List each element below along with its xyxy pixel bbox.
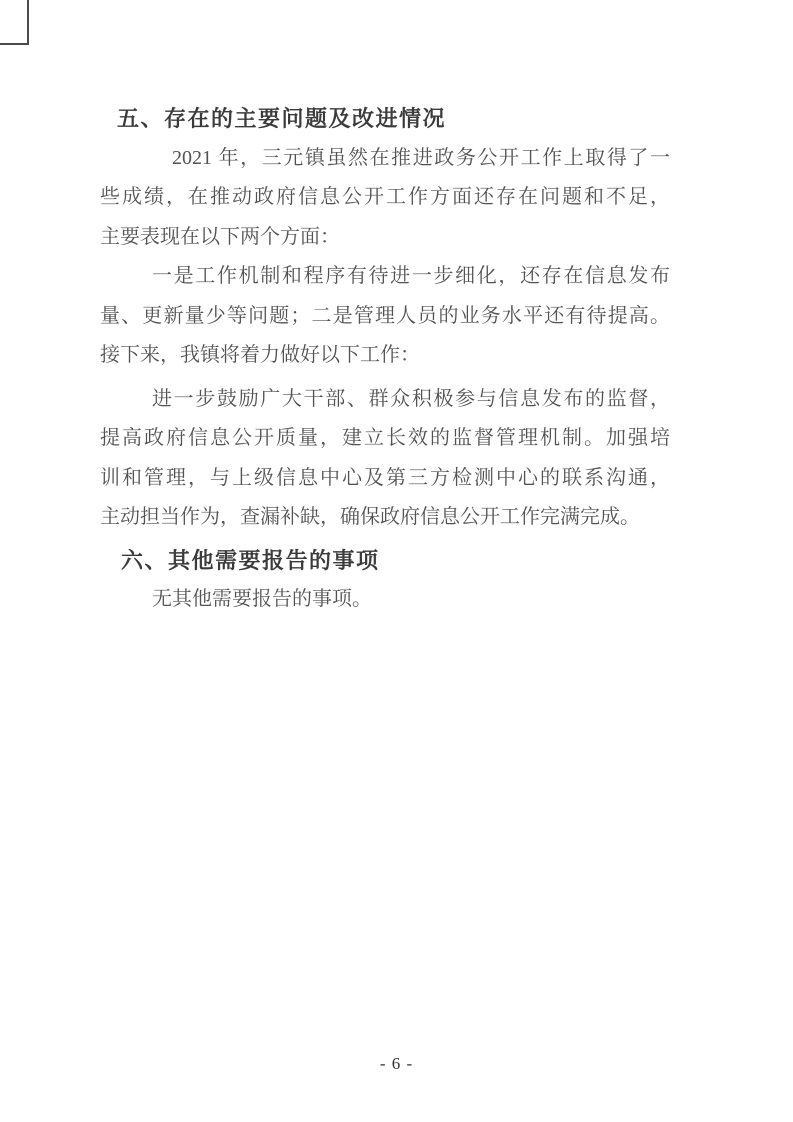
text-line: 提高政府信息公开质量，建立长效的监督管理机制。加强培 <box>100 419 670 459</box>
text-line: 一是工作机制和程序有待进一步细化，还存在信息发布 <box>100 257 670 297</box>
text-line: 进一步鼓励广大干部、群众积极参与信息发布的监督， <box>100 380 670 420</box>
text-line: 接下来，我镇将着力做好以下工作： <box>100 336 670 376</box>
document-body: 五、存在的主要问题及改进情况 2021 年，三元镇虽然在推进政务公开工作上取得了… <box>100 99 670 620</box>
text-line: 无其他需要报告的事项。 <box>100 580 670 620</box>
text-line: 主要表现在以下两个方面： <box>100 218 670 258</box>
text-line: 2021 年，三元镇虽然在推进政务公开工作上取得了一 <box>100 139 670 179</box>
text-line: 主动担当作为，查漏补缺，确保政府信息公开工作完满完成。 <box>100 498 670 538</box>
page-footer: - 6 - <box>0 1054 793 1074</box>
section-5-paragraph-1: 2021 年，三元镇虽然在推进政务公开工作上取得了一 些成绩，在推动政府信息公开… <box>100 139 670 258</box>
section-5-paragraph-2: 一是工作机制和程序有待进一步细化，还存在信息发布 量、更新量少等问题；二是管理人… <box>100 257 670 376</box>
section-5-paragraph-3: 进一步鼓励广大干部、群众积极参与信息发布的监督， 提高政府信息公开质量，建立长效… <box>100 380 670 538</box>
section-6-heading: 六、其他需要报告的事项 <box>100 541 670 581</box>
section-5-heading: 五、存在的主要问题及改进情况 <box>100 99 670 139</box>
scan-corner-mark <box>0 0 29 45</box>
text-line: 些成绩，在推动政府信息公开工作方面还存在问题和不足， <box>100 178 670 218</box>
text-line: 量、更新量少等问题；二是管理人员的业务水平还有待提高。 <box>100 297 670 337</box>
text-line: 训和管理，与上级信息中心及第三方检测中心的联系沟通， <box>100 459 670 499</box>
document-page: 五、存在的主要问题及改进情况 2021 年，三元镇虽然在推进政务公开工作上取得了… <box>0 0 793 1122</box>
page-number: - 6 - <box>380 1054 413 1073</box>
section-6-paragraph-1: 无其他需要报告的事项。 <box>100 580 670 620</box>
